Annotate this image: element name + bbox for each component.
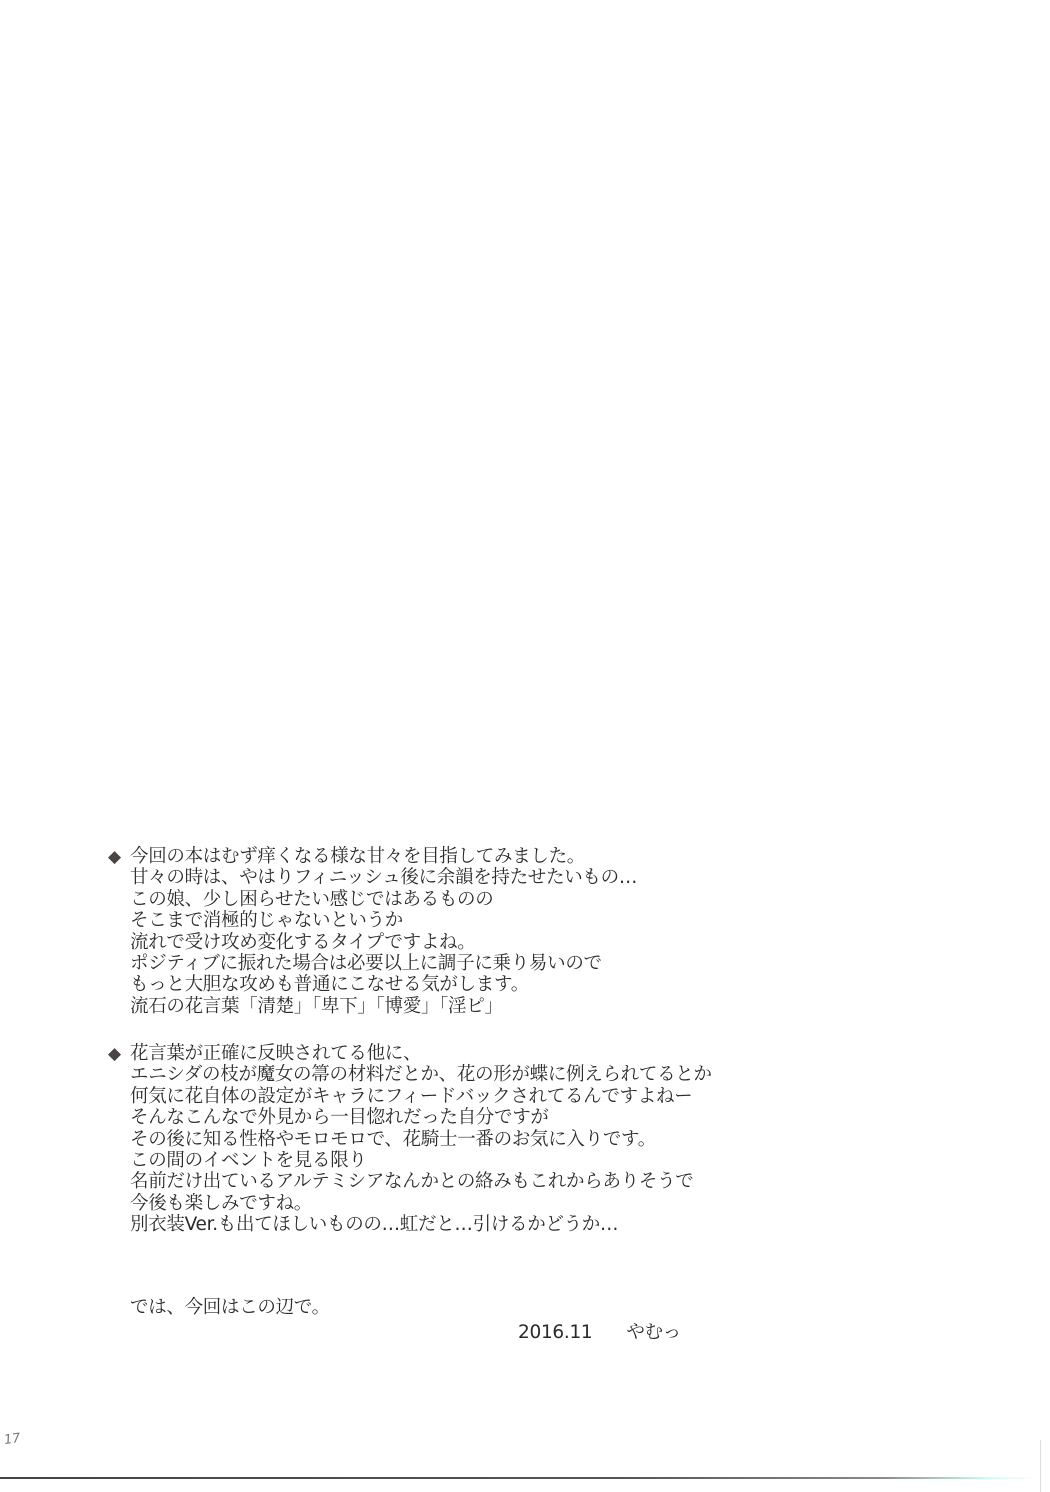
text-line: この間のイベントを見る限り [108,1150,712,1171]
page-bottom-edge-divider [0,1477,1040,1479]
text-line: そんなこんなで外見から一目惚れだった自分ですが [108,1107,712,1128]
signature: 2016.11やむっ [518,1318,681,1344]
text-line: ◆今回の本はむず痒くなる様な甘々を目指してみました。 [108,846,637,867]
page-right-edge [1040,1440,1041,1492]
page-number: 17 [3,1431,21,1448]
afterword-section-2: ◆花言葉が正確に反映されてる他に、 エニシダの枝が魔女の箒の材料だとか、花の形が… [108,1043,712,1236]
text-line: 流れで受け攻め変化するタイプですよね。 [108,932,637,953]
text-line: 甘々の時は、やはりフィニッシュ後に余韻を持たせたいもの… [108,867,637,888]
text-line: ポジティブに振れた場合は必要以上に調子に乗り易いので [108,953,637,974]
signature-date: 2016.11 [518,1322,592,1343]
text-line: 名前だけ出ているアルテミシアなんかとの絡みもこれからありそうで [108,1171,712,1192]
text-line: 今後も楽しみですね。 [108,1193,712,1214]
text-line: 別衣装Ver.も出てほしいものの…虹だと…引けるかどうか… [108,1214,712,1235]
diamond-bullet-icon: ◆ [108,1044,130,1065]
closing-remark: では、今回はこの辺で。 [130,1293,330,1319]
text-line: ◆花言葉が正確に反映されてる他に、 [108,1043,712,1064]
text-line: 何気に花自体の設定がキャラにフィードバックされてるんですよねー [108,1086,712,1107]
text-line: もっと大胆な攻めも普通にこなせる気がします。 [108,974,637,995]
afterword-section-1: ◆今回の本はむず痒くなる様な甘々を目指してみました。 甘々の時は、やはりフィニッ… [108,846,637,1017]
text-line: そこまで消極的じゃないというか [108,910,637,931]
document-page: ◆今回の本はむず痒くなる様な甘々を目指してみました。 甘々の時は、やはりフィニッ… [0,0,1050,1492]
text-line: 流石の花言葉「清楚」「卑下」「博愛」「淫ピ」 [108,996,637,1017]
text-line: この娘、少し困らせたい感じではあるものの [108,889,637,910]
signature-author: やむっ [626,1322,681,1343]
diamond-bullet-icon: ◆ [108,847,130,868]
text-line: その後に知る性格やモロモロで、花騎士一番のお気に入りです。 [108,1129,712,1150]
text-line: エニシダの枝が魔女の箒の材料だとか、花の形が蝶に例えられてるとか [108,1064,712,1085]
